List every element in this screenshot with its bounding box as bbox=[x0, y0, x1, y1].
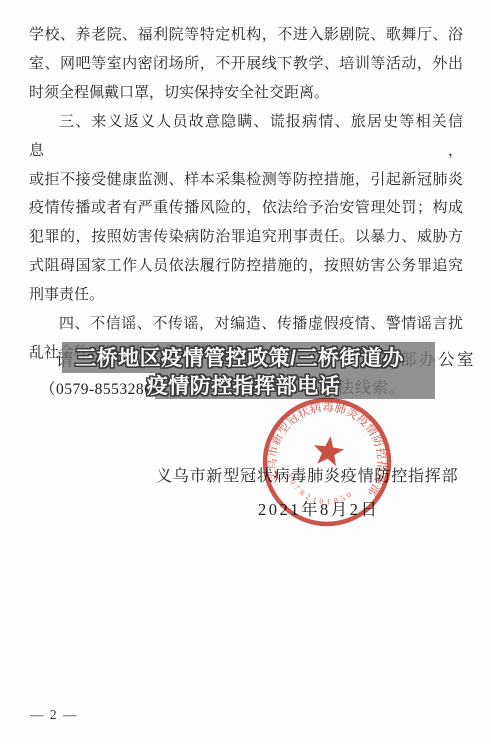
seal-serial-number: 30782101850 bbox=[281, 471, 358, 511]
caption-overlay-band bbox=[62, 342, 435, 373]
body-line: 刑事责任。 bbox=[29, 281, 463, 310]
body-line: 或拒不接受健康监测、样本采集检测等防控措施，引起新冠肺炎 bbox=[29, 166, 463, 195]
body-line: 学校、养老院、福利院等特定机构，不进入影剧院、歌舞厅、浴 bbox=[29, 21, 463, 50]
body-line: 犯罪的，按照妨害传染病防治罪追究刑事责任。以暴力、威胁方 bbox=[29, 223, 463, 252]
body-line: 式阻碍国家工作人员依法履行防控措施的，按照妨害公务罪追究 bbox=[29, 252, 463, 281]
phone-number-fragment: （0579-85532860 bbox=[40, 377, 161, 399]
official-seal: 义乌市新型冠状病毒肺炎疫情防控指挥部 30782101850 bbox=[259, 396, 397, 528]
body-text: 学校、养老院、福利院等特定机构，不进入影剧院、歌舞厅、浴 室、网吧等室内密闭场所… bbox=[29, 21, 463, 368]
star-icon bbox=[312, 434, 346, 467]
body-line: 三、来义返义人员故意隐瞒、谎报病情、旅居史等相关信息， bbox=[29, 108, 463, 166]
page-number: — 2 — bbox=[30, 707, 78, 723]
body-line: 疫情传播或者有严重传播风险的，依法给予治安管理处罚；构成 bbox=[29, 194, 463, 223]
body-line: 室、网吧等室内密闭场所，不开展线下教学、培训等活动，外出 bbox=[29, 50, 463, 79]
document-page: 学校、养老院、福利院等特定机构，不进入影剧院、歌舞厅、浴 室、网吧等室内密闭场所… bbox=[0, 0, 491, 744]
body-line: 时须全程佩戴口罩，切实保持安全社交距离。 bbox=[29, 79, 463, 108]
body-line: 四、不信谣、不传谣，对编造、传播虚假疫情、警情谣言扰 bbox=[29, 310, 463, 339]
